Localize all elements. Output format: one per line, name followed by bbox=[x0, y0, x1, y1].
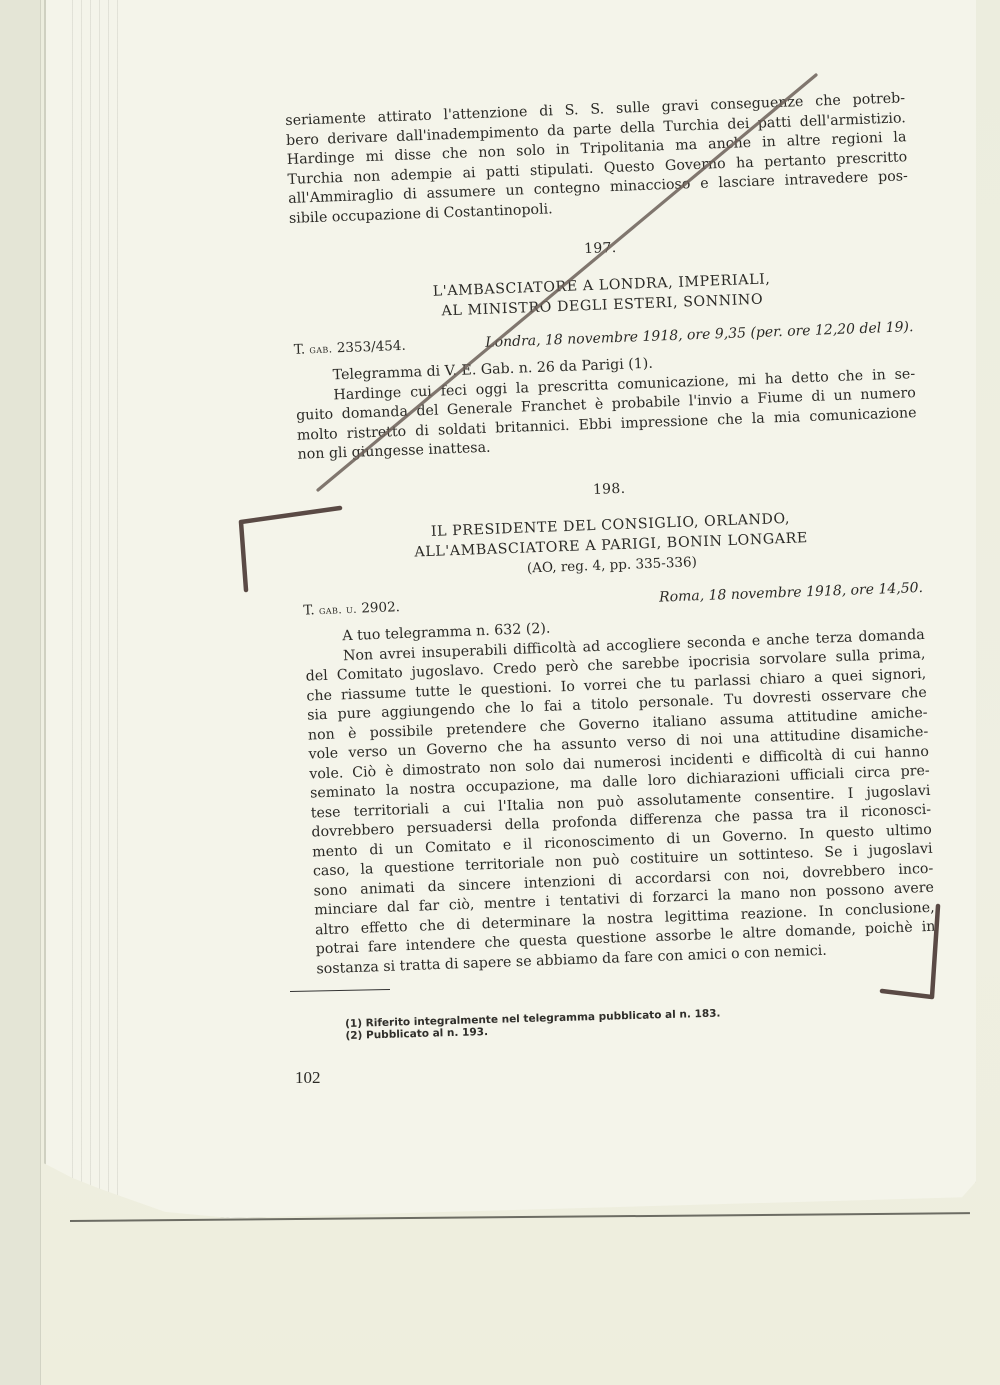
document-text: seriamente attirato l'attenzione di S. S… bbox=[285, 87, 936, 979]
telegram-type: gab. bbox=[309, 342, 333, 356]
continuation-paragraph: seriamente attirato l'attenzione di S. S… bbox=[285, 89, 909, 229]
entry-number: 198. bbox=[299, 469, 919, 511]
entry-body: Telegramma di V. E. Gab. n. 26 da Parigi… bbox=[294, 345, 917, 465]
document-entry-198: 198. IL PRESIDENTE DEL CONSIGLIO, ORLAND… bbox=[299, 469, 936, 980]
page-number: 102 bbox=[295, 1068, 321, 1088]
telegram-prefix: T. bbox=[293, 341, 305, 357]
telegram-reference: T. gab. u. 2902. bbox=[303, 598, 400, 621]
telegram-number: 2902. bbox=[361, 599, 400, 616]
scanner-left-strip bbox=[0, 0, 41, 1385]
dateline: Roma, 18 novembre 1918, ore 14,50. bbox=[659, 578, 924, 607]
document-entry-197: 197. L'AMBASCIATORE A LONDRA, IMPERIALI,… bbox=[290, 228, 917, 465]
telegram-type: gab. u. bbox=[319, 602, 358, 616]
entry-heading: L'AMBASCIATORE A LONDRA, IMPERIALI, AL M… bbox=[291, 264, 912, 327]
entry-number: 197. bbox=[290, 228, 910, 270]
entry-body: A tuo telegramma n. 632 (2). Non avrei i… bbox=[304, 606, 936, 979]
telegram-prefix: T. bbox=[303, 602, 315, 618]
telegram-number: 2353/454. bbox=[337, 337, 407, 356]
telegram-reference: T. gab. 2353/454. bbox=[293, 336, 406, 360]
